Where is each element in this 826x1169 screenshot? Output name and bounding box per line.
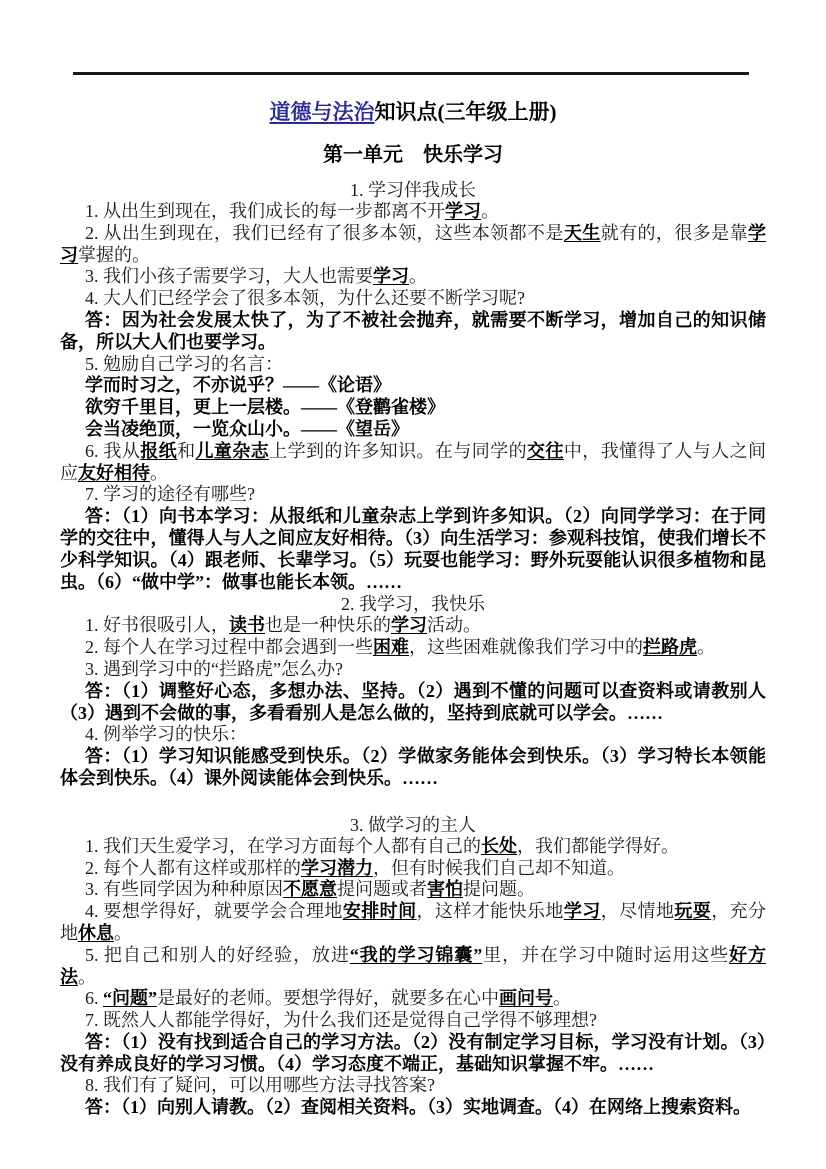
emphasized-term: 学习潜力: [301, 858, 373, 878]
body-paragraph: 2. 每个人都有这样或那样的学习潜力，但有时候我们自己却不知道。: [60, 858, 766, 880]
emphasized-term: 画问号: [499, 988, 553, 1008]
emphasized-term: 友好相待: [78, 463, 150, 483]
unit-heading: 第一单元 快乐学习: [60, 127, 766, 179]
text-run: 2. 每个人都有这样或那样的: [85, 858, 301, 878]
text-run: ，我们都能学得好。: [517, 836, 679, 856]
text-run: 7. 学习的途径有哪些?: [85, 484, 255, 504]
emphasized-term: 天生: [564, 223, 601, 243]
text-run: 5. 把自己和别人的好经验，放进: [85, 945, 350, 965]
text-run: 活动。: [427, 615, 481, 635]
emphasized-term: 学习: [445, 201, 481, 221]
lesson-heading: 2. 我学习，我快乐: [60, 593, 766, 615]
text-run: ，这样才能快乐地: [417, 901, 564, 921]
text-run: 1. 从出生到现在，我们成长的每一步都离不开: [85, 201, 445, 221]
body-paragraph: 3. 有些同学因为种种原因不愿意提问题或者害怕提问题。: [60, 879, 766, 901]
text-run: 1. 我们天生爱学习，在学习方面每个人都有自己的: [85, 836, 481, 856]
body-paragraph: 6. “问题”是最好的老师。要想学得好，就要多在心中画问号。: [60, 988, 766, 1010]
emphasized-term: 害怕: [427, 879, 463, 899]
body-paragraph: 3. 我们小孩子需要学习，大人也需要学习。: [60, 266, 766, 288]
body-paragraph: 4. 大人们已经学会了很多本领，为什么还要不断学习呢?: [60, 288, 766, 310]
text-run: 欲穷千里目，更上一层楼。——《登鹳雀楼》: [85, 397, 445, 417]
answer-paragraph: 答：因为社会发展太快了，为了不被社会抛弃，就需要不断学习，增加自己的知识储备，所…: [60, 310, 766, 354]
emphasized-term: 学习: [373, 266, 409, 286]
answer-paragraph: 答：（1）没有找到适合自己的学习方法。（2）没有制定学习目标，学习没有计划。（3…: [60, 1032, 766, 1076]
body-paragraph: 3. 遇到学习中的“拦路虎”怎么办?: [60, 659, 766, 681]
body-paragraph: 1. 我们天生爱学习，在学习方面每个人都有自己的长处，我们都能学得好。: [60, 836, 766, 858]
emphasized-term: 困难: [373, 637, 409, 657]
text-run: 。: [553, 988, 571, 1008]
text-run: 也是一种快乐的: [265, 615, 391, 635]
text-run: 6. 我从: [85, 441, 140, 461]
emphasized-term: 不愿意: [283, 879, 337, 899]
text-run: 答：（1）学习知识能感受到快乐。（2）学做家务能体会到快乐。（3）学习特长本领能…: [60, 746, 766, 788]
lesson-heading: 3. 做学习的主人: [60, 814, 766, 836]
emphasized-term: 安排时间: [343, 901, 417, 921]
emphasized-term: 休息: [78, 923, 114, 943]
body-paragraph: 4. 例举学习的快乐：: [60, 724, 766, 746]
answer-paragraph: 答：（1）调整好心态，多想办法、坚持。（2）遇到不懂的问题可以查资料或请教别人（…: [60, 681, 766, 725]
answer-paragraph: 答：（1）学习知识能感受到快乐。（2）学做家务能体会到快乐。（3）学习特长本领能…: [60, 746, 766, 790]
text-run: 答：因为社会发展太快了，为了不被社会抛弃，就需要不断学习，增加自己的知识储备，所…: [60, 310, 766, 352]
text-run: 和: [177, 441, 195, 461]
answer-paragraph: 答：（1）向书本学习：从报纸和儿童杂志上学到许多知识。（2）向同学学习：在于同学…: [60, 506, 766, 593]
body-paragraph: 1. 好书很吸引人，读书也是一种快乐的学习活动。: [60, 615, 766, 637]
document-body: 1. 学习伴我成长1. 从出生到现在，我们成长的每一步都离不开学习。2. 从出生…: [60, 179, 766, 1119]
title-rest-text: 知识点(三年级上册): [375, 100, 557, 124]
document-content: 道德与法治知识点(三年级上册) 第一单元 快乐学习 1. 学习伴我成长1. 从出…: [60, 90, 766, 1119]
text-run: 里，并在学习中随时运用这些: [482, 945, 729, 965]
text-run: 。: [481, 201, 499, 221]
emphasized-term: 玩耍: [674, 901, 711, 921]
answer-paragraph: 学而时习之，不亦说乎？——《论语》: [60, 375, 766, 397]
text-run: 3. 我们小孩子需要学习，大人也需要: [85, 266, 373, 286]
text-run: 提问题或者: [337, 879, 427, 899]
text-run: 答：（1）调整好心态，多想办法、坚持。（2）遇到不懂的问题可以查资料或请教别人（…: [60, 681, 766, 723]
text-run: 4. 要想学得好，就要学会合理地: [85, 901, 343, 921]
text-run: 答：（1）向别人请教。（2）查阅相关资料。（3）实地调查。（4）在网络上搜索资料…: [85, 1097, 751, 1117]
body-paragraph: 6. 我从报纸和儿童杂志上学到的许多知识。在与同学的交往中，我懂得了人与人之间应…: [60, 441, 766, 485]
text-run: 3. 遇到学习中的“拦路虎”怎么办?: [85, 659, 343, 679]
text-run: 是最好的老师。要想学得好，就要多在心中: [157, 988, 499, 1008]
text-run: 。: [697, 637, 715, 657]
text-run: 8. 我们有了疑问，可以用哪些方法寻找答案?: [85, 1075, 435, 1095]
body-paragraph: 2. 从出生到现在，我们已经有了很多本领，这些本领都不是天生就有的，很多是靠学习…: [60, 223, 766, 267]
text-run: 4. 大人们已经学会了很多本领，为什么还要不断学习呢?: [85, 288, 525, 308]
text-run: 。: [150, 463, 168, 483]
text-run: 掌握的。: [78, 245, 150, 265]
text-run: ，尽情地: [601, 901, 675, 921]
text-run: 6.: [85, 988, 103, 1008]
text-run: 提问题。: [463, 879, 535, 899]
text-run: 。: [409, 266, 427, 286]
text-run: 会当凌绝顶，一览众山小。——《望岳》: [85, 419, 409, 439]
emphasized-term: “问题”: [103, 988, 157, 1008]
text-run: 上学到的许多知识。在与同学的: [269, 441, 527, 461]
text-run: 5. 勉励自己学习的名言：: [85, 354, 283, 374]
answer-paragraph: 答：（1）向别人请教。（2）查阅相关资料。（3）实地调查。（4）在网络上搜索资料…: [60, 1097, 766, 1119]
emphasized-term: 读书: [229, 615, 265, 635]
text-run: 答：（1）向书本学习：从报纸和儿童杂志上学到许多知识。（2）向同学学习：在于同学…: [60, 506, 766, 591]
emphasized-term: 长处: [481, 836, 517, 856]
text-run: 7. 既然人人都能学得好，为什么我们还是觉得自己学得不够理想?: [85, 1010, 597, 1030]
body-paragraph: 2. 每个人在学习过程中都会遇到一些困难，这些困难就像我们学习中的拦路虎。: [60, 637, 766, 659]
text-run: 答：（1）没有找到适合自己的学习方法。（2）没有制定学习目标，学习没有计划。（3…: [60, 1032, 766, 1074]
text-run: 。: [114, 923, 132, 943]
body-paragraph: 1. 从出生到现在，我们成长的每一步都离不开学习。: [60, 201, 766, 223]
text-run: 学而时习之，不亦说乎？——《论语》: [85, 375, 391, 395]
body-paragraph: 7. 学习的途径有哪些?: [60, 484, 766, 506]
document-page: 道德与法治知识点(三年级上册) 第一单元 快乐学习 1. 学习伴我成长1. 从出…: [0, 0, 826, 1169]
text-run: ，这些困难就像我们学习中的: [409, 637, 643, 657]
body-paragraph: 5. 把自己和别人的好经验，放进“我的学习锦囊”里，并在学习中随时运用这些好方法…: [60, 945, 766, 989]
body-paragraph: 8. 我们有了疑问，可以用哪些方法寻找答案?: [60, 1075, 766, 1097]
emphasized-term: 拦路虎: [643, 637, 697, 657]
text-run: ，但有时候我们自己却不知道。: [373, 858, 625, 878]
text-run: 2. 每个人在学习过程中都会遇到一些: [85, 637, 373, 657]
text-run: 。: [78, 967, 96, 987]
answer-paragraph: 会当凌绝顶，一览众山小。——《望岳》: [60, 419, 766, 441]
text-run: 4. 例举学习的快乐：: [85, 724, 247, 744]
horizontal-rule: [73, 72, 749, 75]
text-run: 就有的，很多是靠: [601, 223, 748, 243]
title-subject-link[interactable]: 道德与法治: [270, 100, 375, 124]
text-run: 1. 好书很吸引人，: [85, 615, 229, 635]
body-paragraph: 4. 要想学得好，就要学会合理地安排时间，这样才能快乐地学习，尽情地玩耍，充分地…: [60, 901, 766, 945]
text-run: 3. 有些同学因为种种原因: [85, 879, 283, 899]
emphasized-term: 交往: [527, 441, 564, 461]
emphasized-term: 学习: [391, 615, 427, 635]
lesson-heading: 1. 学习伴我成长: [60, 179, 766, 201]
answer-paragraph: 欲穷千里目，更上一层楼。——《登鹳雀楼》: [60, 397, 766, 419]
emphasized-term: 儿童杂志: [196, 441, 270, 461]
body-paragraph: 5. 勉励自己学习的名言：: [60, 354, 766, 376]
emphasized-term: 学习: [564, 901, 601, 921]
document-title: 道德与法治知识点(三年级上册): [60, 90, 766, 127]
emphasized-term: 报纸: [140, 441, 177, 461]
body-paragraph: 7. 既然人人都能学得好，为什么我们还是觉得自己学得不够理想?: [60, 1010, 766, 1032]
emphasized-term: “我的学习锦囊”: [350, 945, 482, 965]
text-run: 2. 从出生到现在，我们已经有了很多本领，这些本领都不是: [85, 223, 564, 243]
